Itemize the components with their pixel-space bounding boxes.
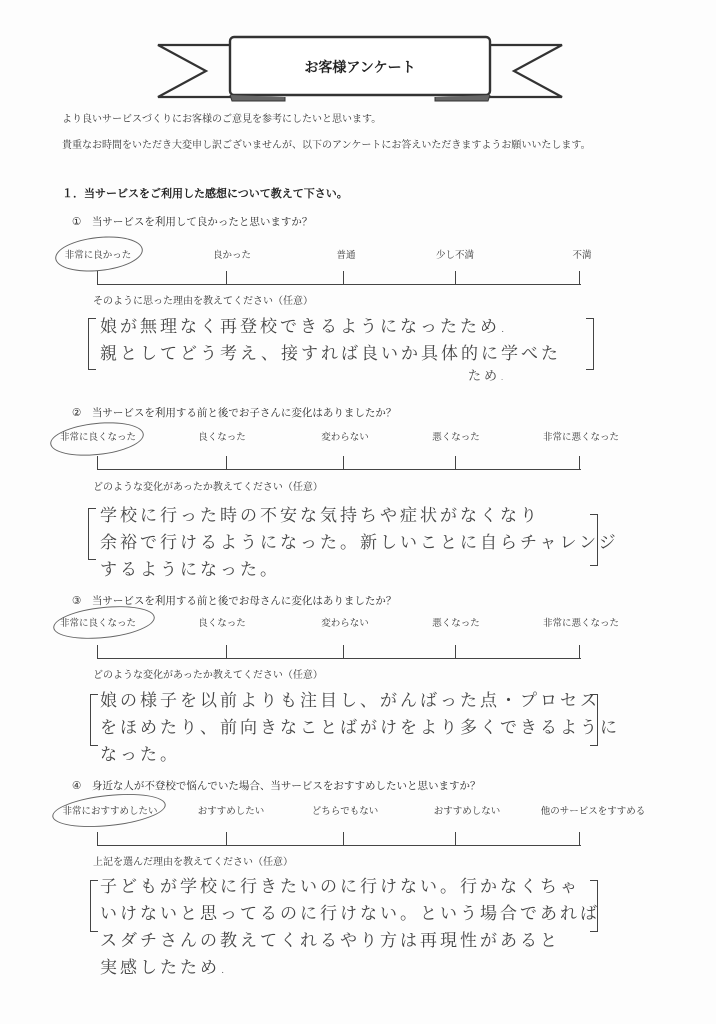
bracket-left-icon	[88, 318, 96, 370]
q4-option-2[interactable]: おすすめしたい	[198, 803, 265, 817]
section-title: １．当サービスをご利用した感想について教えて下さい。	[62, 185, 348, 201]
q1-prompt: そのように思った理由を教えてください（任意）	[93, 292, 313, 307]
answer-line: 余裕で行けるようになった。新しいことに自らチャレンジ	[100, 530, 610, 557]
q2-option-1[interactable]: 非常に良くなった	[60, 429, 136, 443]
q1-option-3[interactable]: 普通	[336, 247, 355, 261]
q3-rating-scale	[97, 645, 581, 659]
q4-prompt: 上記を選んだ理由を教えてください（任意）	[93, 853, 293, 868]
q4-answer[interactable]: 子どもが学校に行きたいのに行けない。行かなくちゃ いけないと思ってるのに行けない…	[100, 874, 610, 982]
answer-line: するようになった。	[100, 557, 610, 584]
answer-line: なった。	[100, 742, 610, 769]
q1-option-5[interactable]: 不満	[572, 247, 591, 261]
q3-option-4[interactable]: 悪くなった	[432, 615, 480, 629]
answer-line: 学校に行った時の不安な気持ちや症状がなくなり	[100, 503, 610, 530]
q2-answer[interactable]: 学校に行った時の不安な気持ちや症状がなくなり 余裕で行けるようになった。新しいこ…	[100, 503, 610, 584]
answer-line: 子どもが学校に行きたいのに行けない。行かなくちゃ	[100, 874, 610, 901]
q2-prompt: どのような変化があったか教えてください（任意）	[93, 478, 323, 493]
intro-line-1: より良いサービスづくりにお客様のご意見を参考にしたいと思います。	[62, 110, 381, 125]
q3-option-2[interactable]: 良くなった	[198, 615, 246, 629]
q2-option-5[interactable]: 非常に悪くなった	[543, 429, 619, 443]
q2-rating-scale	[97, 456, 581, 470]
q4-option-5[interactable]: 他のサービスをすすめる	[541, 803, 646, 817]
answer-line: 娘が無理なく再登校できるようになったため.	[100, 314, 610, 341]
q1-answer[interactable]: 娘が無理なく再登校できるようになったため. 親としてどう考え、接すれば良いか具体…	[100, 314, 610, 386]
answer-line: スダチさんの教えてくれるやり方は再現性があると	[100, 928, 610, 955]
page-title: お客様アンケート	[230, 57, 490, 77]
q4-option-1[interactable]: 非常におすすめしたい	[62, 803, 157, 817]
q3-option-5[interactable]: 非常に悪くなった	[543, 615, 619, 629]
bracket-left-icon	[90, 880, 98, 932]
question-4: ④ 身近な人が不登校で悩んでいた場合、当サービスをおすすめしたいと思いますか？	[72, 778, 481, 793]
answer-line: いけないと思ってるのに行けない。という場合であれば	[100, 901, 610, 928]
q4-option-4[interactable]: おすすめしない	[434, 803, 501, 817]
q1-option-2[interactable]: 良かった	[213, 247, 251, 261]
answer-line: ため.	[100, 368, 610, 386]
question-2: ② 当サービスを利用する前と後でお子さんに変化はありましたか？	[72, 405, 396, 420]
q3-option-1[interactable]: 非常に良くなった	[60, 615, 136, 629]
q4-rating-scale	[97, 832, 581, 846]
q1-option-4[interactable]: 少し不満	[436, 247, 474, 261]
bracket-left-icon	[90, 694, 98, 746]
answer-line: をほめたり、前向きなことばがけをより多くできるように	[100, 715, 610, 742]
q1-rating-scale	[97, 271, 581, 285]
answer-line: 実感したため.	[100, 955, 610, 982]
question-1: ① 当サービスを利用して良かったと思いますか？	[72, 214, 312, 229]
q2-option-2[interactable]: 良くなった	[198, 429, 246, 443]
q3-answer[interactable]: 娘の様子を以前よりも注目し、がんばった点・プロセス をほめたり、前向きなことばが…	[100, 688, 610, 769]
q3-option-3[interactable]: 変わらない	[321, 615, 369, 629]
q2-option-3[interactable]: 変わらない	[321, 429, 369, 443]
bracket-left-icon	[88, 508, 96, 560]
q2-option-4[interactable]: 悪くなった	[432, 429, 480, 443]
answer-line: 娘の様子を以前よりも注目し、がんばった点・プロセス	[100, 688, 610, 715]
answer-line: 親としてどう考え、接すれば良いか具体的に学べた	[100, 341, 610, 368]
q1-option-1[interactable]: 非常に良かった	[65, 247, 132, 261]
q4-option-3[interactable]: どちらでもない	[312, 803, 378, 817]
q3-prompt: どのような変化があったか教えてください（任意）	[93, 666, 323, 681]
intro-line-2: 貴重なお時間をいただき大変申し訳ございませんが、以下のアンケートにお答えいただき…	[62, 136, 591, 151]
